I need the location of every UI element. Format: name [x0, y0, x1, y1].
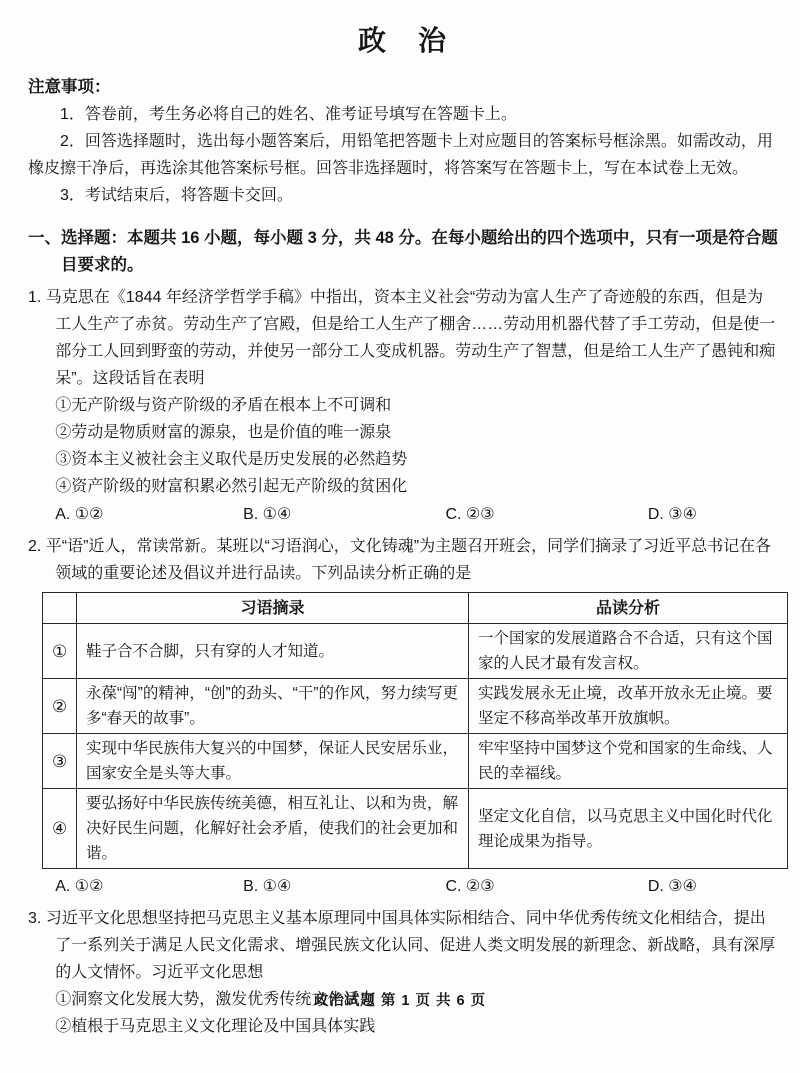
- row-number: ④: [43, 789, 77, 869]
- page-title: 政 治: [28, 22, 778, 60]
- notice-heading: 注意事项：: [28, 74, 778, 101]
- row-quote: 永葆“闯”的精神，“创”的劲头、“干”的作风，努力续写更多“春天的故事”。: [77, 679, 469, 734]
- question-number: 3.: [28, 910, 41, 927]
- question-1-statement-4: ④资产阶级的财富积累必然引起无产阶级的贫困化: [28, 473, 778, 500]
- row-number: ③: [43, 734, 77, 789]
- choice-c: C. ②③: [445, 873, 647, 900]
- row-analysis: 一个国家的发展道路合不合适，只有这个国家的人民才最有发言权。: [469, 624, 788, 679]
- question-3-stem: 3. 习近平文化思想坚持把马克思主义基本原理同中国具体实际相结合、同中华优秀传统…: [28, 905, 778, 986]
- question-1-statement-1: ①无产阶级与资产阶级的矛盾在根本上不可调和: [28, 392, 778, 419]
- table-row: ④ 要弘扬好中华民族传统美德，相互礼让、以和为贵，解决好民生问题，化解好社会矛盾…: [43, 789, 788, 869]
- question-2-stem: 2. 平“语”近人，常读常新。某班以“习语润心，文化铸魂”为主题召开班会，同学们…: [28, 533, 778, 587]
- row-quote: 实现中华民族伟大复兴的中国梦，保证人民安居乐业，国家安全是头等大事。: [77, 734, 469, 789]
- choice-a: A. ①②: [55, 501, 243, 528]
- quote-analysis-table: 习语摘录 品读分析 ① 鞋子合不合脚，只有穿的人才知道。 一个国家的发展道路合不…: [42, 592, 788, 869]
- question-1: 1. 马克思在《1844 年经济学哲学手稿》中指出，资本主义社会“劳动为富人生产…: [28, 284, 778, 528]
- header-quote: 习语摘录: [77, 593, 469, 624]
- choice-d: D. ③④: [648, 501, 778, 528]
- question-number: 2.: [28, 538, 41, 555]
- choice-c: C. ②③: [445, 501, 647, 528]
- choice-b: B. ①④: [243, 873, 445, 900]
- question-2-choices: A. ①② B. ①④ C. ②③ D. ③④: [28, 873, 778, 900]
- exam-page: 政 治 注意事项： 1．答卷前，考生务必将自己的姓名、准考证号填写在答题卡上。 …: [0, 0, 800, 1073]
- notice-item-2: 2．回答选择题时，选出每小题答案后，用铅笔把答题卡上对应题目的答案标号框涂黑。如…: [28, 128, 778, 182]
- question-1-statement-2: ②劳动是物质财富的源泉，也是价值的唯一源泉: [28, 419, 778, 446]
- table-row: ③ 实现中华民族伟大复兴的中国梦，保证人民安居乐业，国家安全是头等大事。 牢牢坚…: [43, 734, 788, 789]
- question-number: 1.: [28, 289, 41, 306]
- question-1-choices: A. ①② B. ①④ C. ②③ D. ③④: [28, 501, 778, 528]
- table-header-row: 习语摘录 品读分析: [43, 593, 788, 624]
- question-text: 习近平文化思想坚持把马克思主义基本原理同中国具体实际相结合、同中华优秀传统文化相…: [46, 910, 775, 981]
- row-number: ②: [43, 679, 77, 734]
- notice-item-1: 1．答卷前，考生务必将自己的姓名、准考证号填写在答题卡上。: [28, 101, 778, 128]
- choice-a: A. ①②: [55, 873, 243, 900]
- row-number: ①: [43, 624, 77, 679]
- question-3-statement-2: ②植根于马克思主义文化理论及中国具体实践: [28, 1013, 778, 1040]
- page-footer: 政治试题 第 1 页 共 6 页: [0, 988, 800, 1015]
- notice-section: 注意事项： 1．答卷前，考生务必将自己的姓名、准考证号填写在答题卡上。 2．回答…: [28, 74, 778, 209]
- question-text: 平“语”近人，常读常新。某班以“习语润心，文化铸魂”为主题召开班会，同学们摘录了…: [46, 538, 771, 582]
- choice-b: B. ①④: [243, 501, 445, 528]
- row-quote: 鞋子合不合脚，只有穿的人才知道。: [77, 624, 469, 679]
- question-1-statement-3: ③资本主义被社会主义取代是历史发展的必然趋势: [28, 446, 778, 473]
- row-analysis: 坚定文化自信，以马克思主义中国化时代化理论成果为指导。: [469, 789, 788, 869]
- row-analysis: 实践发展永无止境，改革开放永无止境。要坚定不移高举改革开放旗帜。: [469, 679, 788, 734]
- header-analysis: 品读分析: [469, 593, 788, 624]
- row-quote: 要弘扬好中华民族传统美德，相互礼让、以和为贵，解决好民生问题，化解好社会矛盾，使…: [77, 789, 469, 869]
- section-heading: 一、选择题：本题共 16 小题，每小题 3 分，共 48 分。在每小题给出的四个…: [28, 225, 778, 279]
- question-3: 3. 习近平文化思想坚持把马克思主义基本原理同中国具体实际相结合、同中华优秀传统…: [28, 905, 778, 1040]
- table-row: ② 永葆“闯”的精神，“创”的劲头、“干”的作风，努力续写更多“春天的故事”。 …: [43, 679, 788, 734]
- row-analysis: 牢牢坚持中国梦这个党和国家的生命线、人民的幸福线。: [469, 734, 788, 789]
- table-row: ① 鞋子合不合脚，只有穿的人才知道。 一个国家的发展道路合不合适，只有这个国家的…: [43, 624, 788, 679]
- header-number: [43, 593, 77, 624]
- question-1-stem: 1. 马克思在《1844 年经济学哲学手稿》中指出，资本主义社会“劳动为富人生产…: [28, 284, 778, 392]
- choice-d: D. ③④: [648, 873, 778, 900]
- question-text: 马克思在《1844 年经济学哲学手稿》中指出，资本主义社会“劳动为富人生产了奇迹…: [46, 289, 775, 387]
- question-2: 2. 平“语”近人，常读常新。某班以“习语润心，文化铸魂”为主题召开班会，同学们…: [28, 533, 778, 900]
- notice-item-3: 3．考试结束后，将答题卡交回。: [28, 182, 778, 209]
